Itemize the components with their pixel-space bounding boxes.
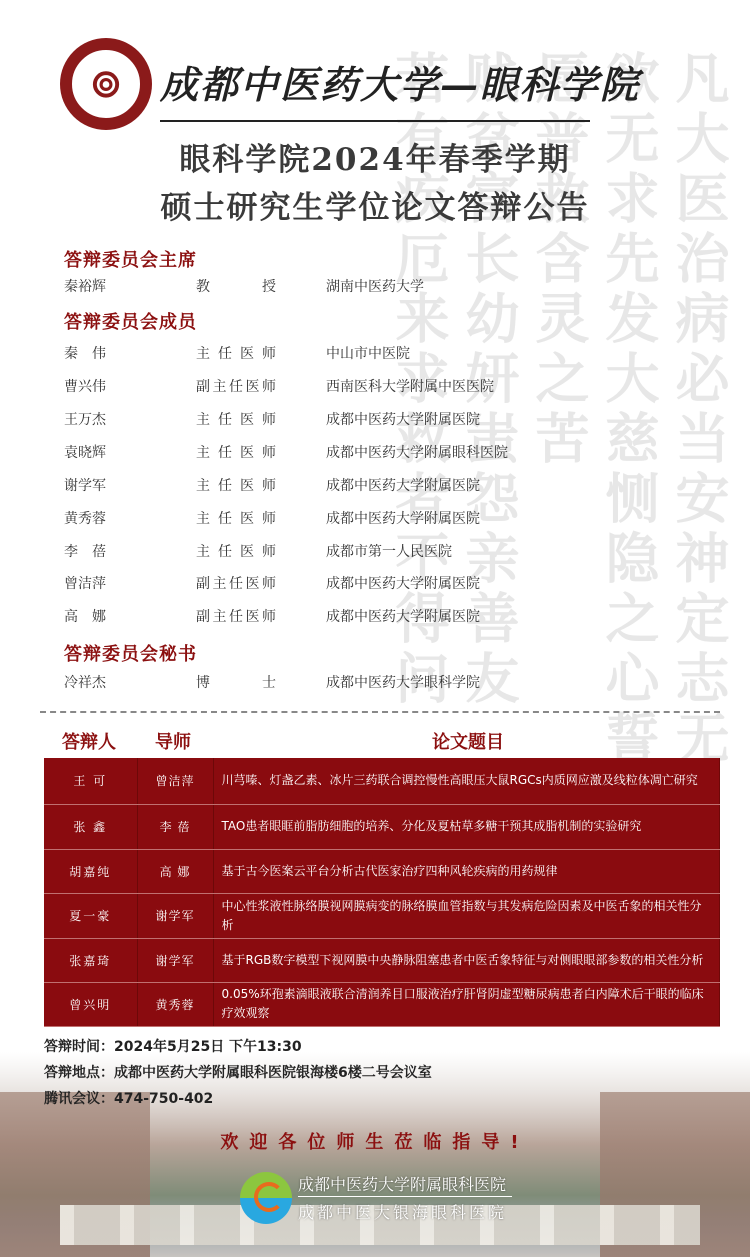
member-name: 黄秀蓉 xyxy=(64,508,174,528)
hospital-name-2: 成都中医大银海眼科医院 xyxy=(298,1200,507,1223)
student-cell: 胡嘉纯 xyxy=(44,849,137,893)
member-org: 中山市中医院 xyxy=(326,343,410,363)
member-name: 秦 伟 xyxy=(64,343,174,363)
member-name: 秦裕辉 xyxy=(64,276,174,296)
advisor-cell: 高 娜 xyxy=(137,849,213,893)
col-header-advisor: 导师 xyxy=(155,728,191,754)
welcome-banner: 欢迎各位师生莅临指导! xyxy=(0,1128,750,1154)
advisor-cell: 谢学军 xyxy=(137,938,213,982)
campus-gate-photo xyxy=(0,1052,750,1257)
university-seal-icon: ⊚ xyxy=(60,38,152,130)
table-row: 夏一豪 谢学军 中心性浆液性脉络膜视网膜病变的脉络膜血管指数与其发病危险因素及中… xyxy=(44,893,720,938)
advisor-cell: 谢学军 xyxy=(137,893,213,938)
title-cell: 中心性浆液性脉络膜视网膜病变的脉络膜血管指数与其发病危险因素及中医舌象的相关性分… xyxy=(213,893,720,938)
advisor-cell: 曾洁萍 xyxy=(137,758,213,804)
table-row: 张嘉琦 谢学军 基于RGB数字模型下视网膜中央静脉阻塞患者中医舌象特征与对侧眼眼… xyxy=(44,938,720,982)
member-name: 谢学军 xyxy=(64,475,174,495)
header: ⊚ 成都中医药大学—眼科学院 xyxy=(60,38,600,138)
title-cell: 基于古今医案云平台分析古代医家治疗四种风轮疾病的用药规律 xyxy=(213,849,720,893)
brand-title: 成都中医药大学—眼科学院 xyxy=(160,54,640,109)
member-rank: 主任医师 xyxy=(196,442,276,462)
member-rank: 主任医师 xyxy=(196,508,276,528)
chair-heading: 答辩委员会主席 xyxy=(64,246,197,272)
member-name: 冷祥杰 xyxy=(64,672,174,692)
tencent-meeting: 腾讯会议：474-750-402 xyxy=(44,1088,213,1108)
member-org: 成都中医药大学附属医院 xyxy=(326,409,480,429)
members-heading: 答辩委员会成员 xyxy=(64,308,197,334)
hospital-name-1: 成都中医药大学附属眼科医院 xyxy=(298,1172,506,1195)
title-cell: 基于RGB数字模型下视网膜中央静脉阻塞患者中医舌象特征与对侧眼眼部参数的相关性分… xyxy=(213,938,720,982)
student-cell: 张 鑫 xyxy=(44,804,137,849)
member-org: 成都中医药大学附属医院 xyxy=(326,475,480,495)
secretary-heading: 答辩委员会秘书 xyxy=(64,640,197,666)
member-org: 成都中医药大学附属医院 xyxy=(326,606,480,626)
member-name: 曹兴伟 xyxy=(64,376,174,396)
title-cell: 0.05%环孢素滴眼液联合清润养目口服液治疗肝肾阴虚型糖尿病患者白内障术后干眼的… xyxy=(213,982,720,1026)
table-row: 胡嘉纯 高 娜 基于古今医案云平台分析古代医家治疗四种风轮疾病的用药规律 xyxy=(44,849,720,893)
member-org: 成都中医药大学附属眼科医院 xyxy=(326,442,508,462)
col-header-student: 答辩人 xyxy=(62,728,116,754)
student-cell: 夏一豪 xyxy=(44,893,137,938)
member-org: 成都市第一人民医院 xyxy=(326,541,452,561)
hospital-logo-icon xyxy=(240,1172,292,1224)
member-org: 成都中医药大学眼科学院 xyxy=(326,672,480,692)
member-rank: 主任医师 xyxy=(196,409,276,429)
advisor-cell: 黄秀蓉 xyxy=(137,982,213,1026)
page-title-line-1: 眼科学院2024年春季学期 xyxy=(0,134,750,179)
member-name: 高 娜 xyxy=(64,606,174,626)
member-name: 王万杰 xyxy=(64,409,174,429)
member-name: 袁晓辉 xyxy=(64,442,174,462)
member-rank: 副主任医师 xyxy=(196,573,276,593)
brand-underline xyxy=(160,120,590,122)
defense-time: 答辩时间：2024年5月25日 下午13:30 xyxy=(44,1036,302,1056)
student-cell: 曾兴明 xyxy=(44,982,137,1026)
page-title-line-2: 硕士研究生学位论文答辩公告 xyxy=(0,182,750,227)
title-cell: 川芎嗪、灯盏乙素、冰片三药联合调控慢性高眼压大鼠RGCs内质网应激及线粒体凋亡研… xyxy=(213,758,720,804)
defense-place: 答辩地点：成都中医药大学附属眼科医院银海楼6楼二号会议室 xyxy=(44,1062,432,1082)
member-name: 曾洁萍 xyxy=(64,573,174,593)
member-rank: 副主任医师 xyxy=(196,376,276,396)
member-rank: 主任医师 xyxy=(196,475,276,495)
member-org: 西南医科大学附属中医医院 xyxy=(326,376,494,396)
member-org: 成都中医药大学附属医院 xyxy=(326,508,480,528)
table-row: 张 鑫 李 蓓 TAO患者眼眶前脂肪细胞的培养、分化及夏枯草多糖干预其成脂机制的… xyxy=(44,804,720,849)
col-header-title: 论文题目 xyxy=(432,728,504,754)
member-rank: 博士 xyxy=(196,672,276,692)
dashed-divider xyxy=(40,711,720,713)
member-rank: 副主任医师 xyxy=(196,606,276,626)
member-name: 李 蓓 xyxy=(64,541,174,561)
table-row: 王 可 曾洁萍 川芎嗪、灯盏乙素、冰片三药联合调控慢性高眼压大鼠RGCs内质网应… xyxy=(44,758,720,804)
member-rank: 主任医师 xyxy=(196,541,276,561)
hospital-name-divider xyxy=(298,1196,512,1197)
advisor-cell: 李 蓓 xyxy=(137,804,213,849)
member-rank: 主任医师 xyxy=(196,343,276,363)
thesis-table: 王 可 曾洁萍 川芎嗪、灯盏乙素、冰片三药联合调控慢性高眼压大鼠RGCs内质网应… xyxy=(44,758,720,1027)
student-cell: 王 可 xyxy=(44,758,137,804)
member-org: 湖南中医药大学 xyxy=(326,276,424,296)
table-row: 曾兴明 黄秀蓉 0.05%环孢素滴眼液联合清润养目口服液治疗肝肾阴虚型糖尿病患者… xyxy=(44,982,720,1026)
member-rank: 教授 xyxy=(196,276,276,296)
title-cell: TAO患者眼眶前脂肪细胞的培养、分化及夏枯草多糖干预其成脂机制的实验研究 xyxy=(213,804,720,849)
student-cell: 张嘉琦 xyxy=(44,938,137,982)
member-org: 成都中医药大学附属医院 xyxy=(326,573,480,593)
